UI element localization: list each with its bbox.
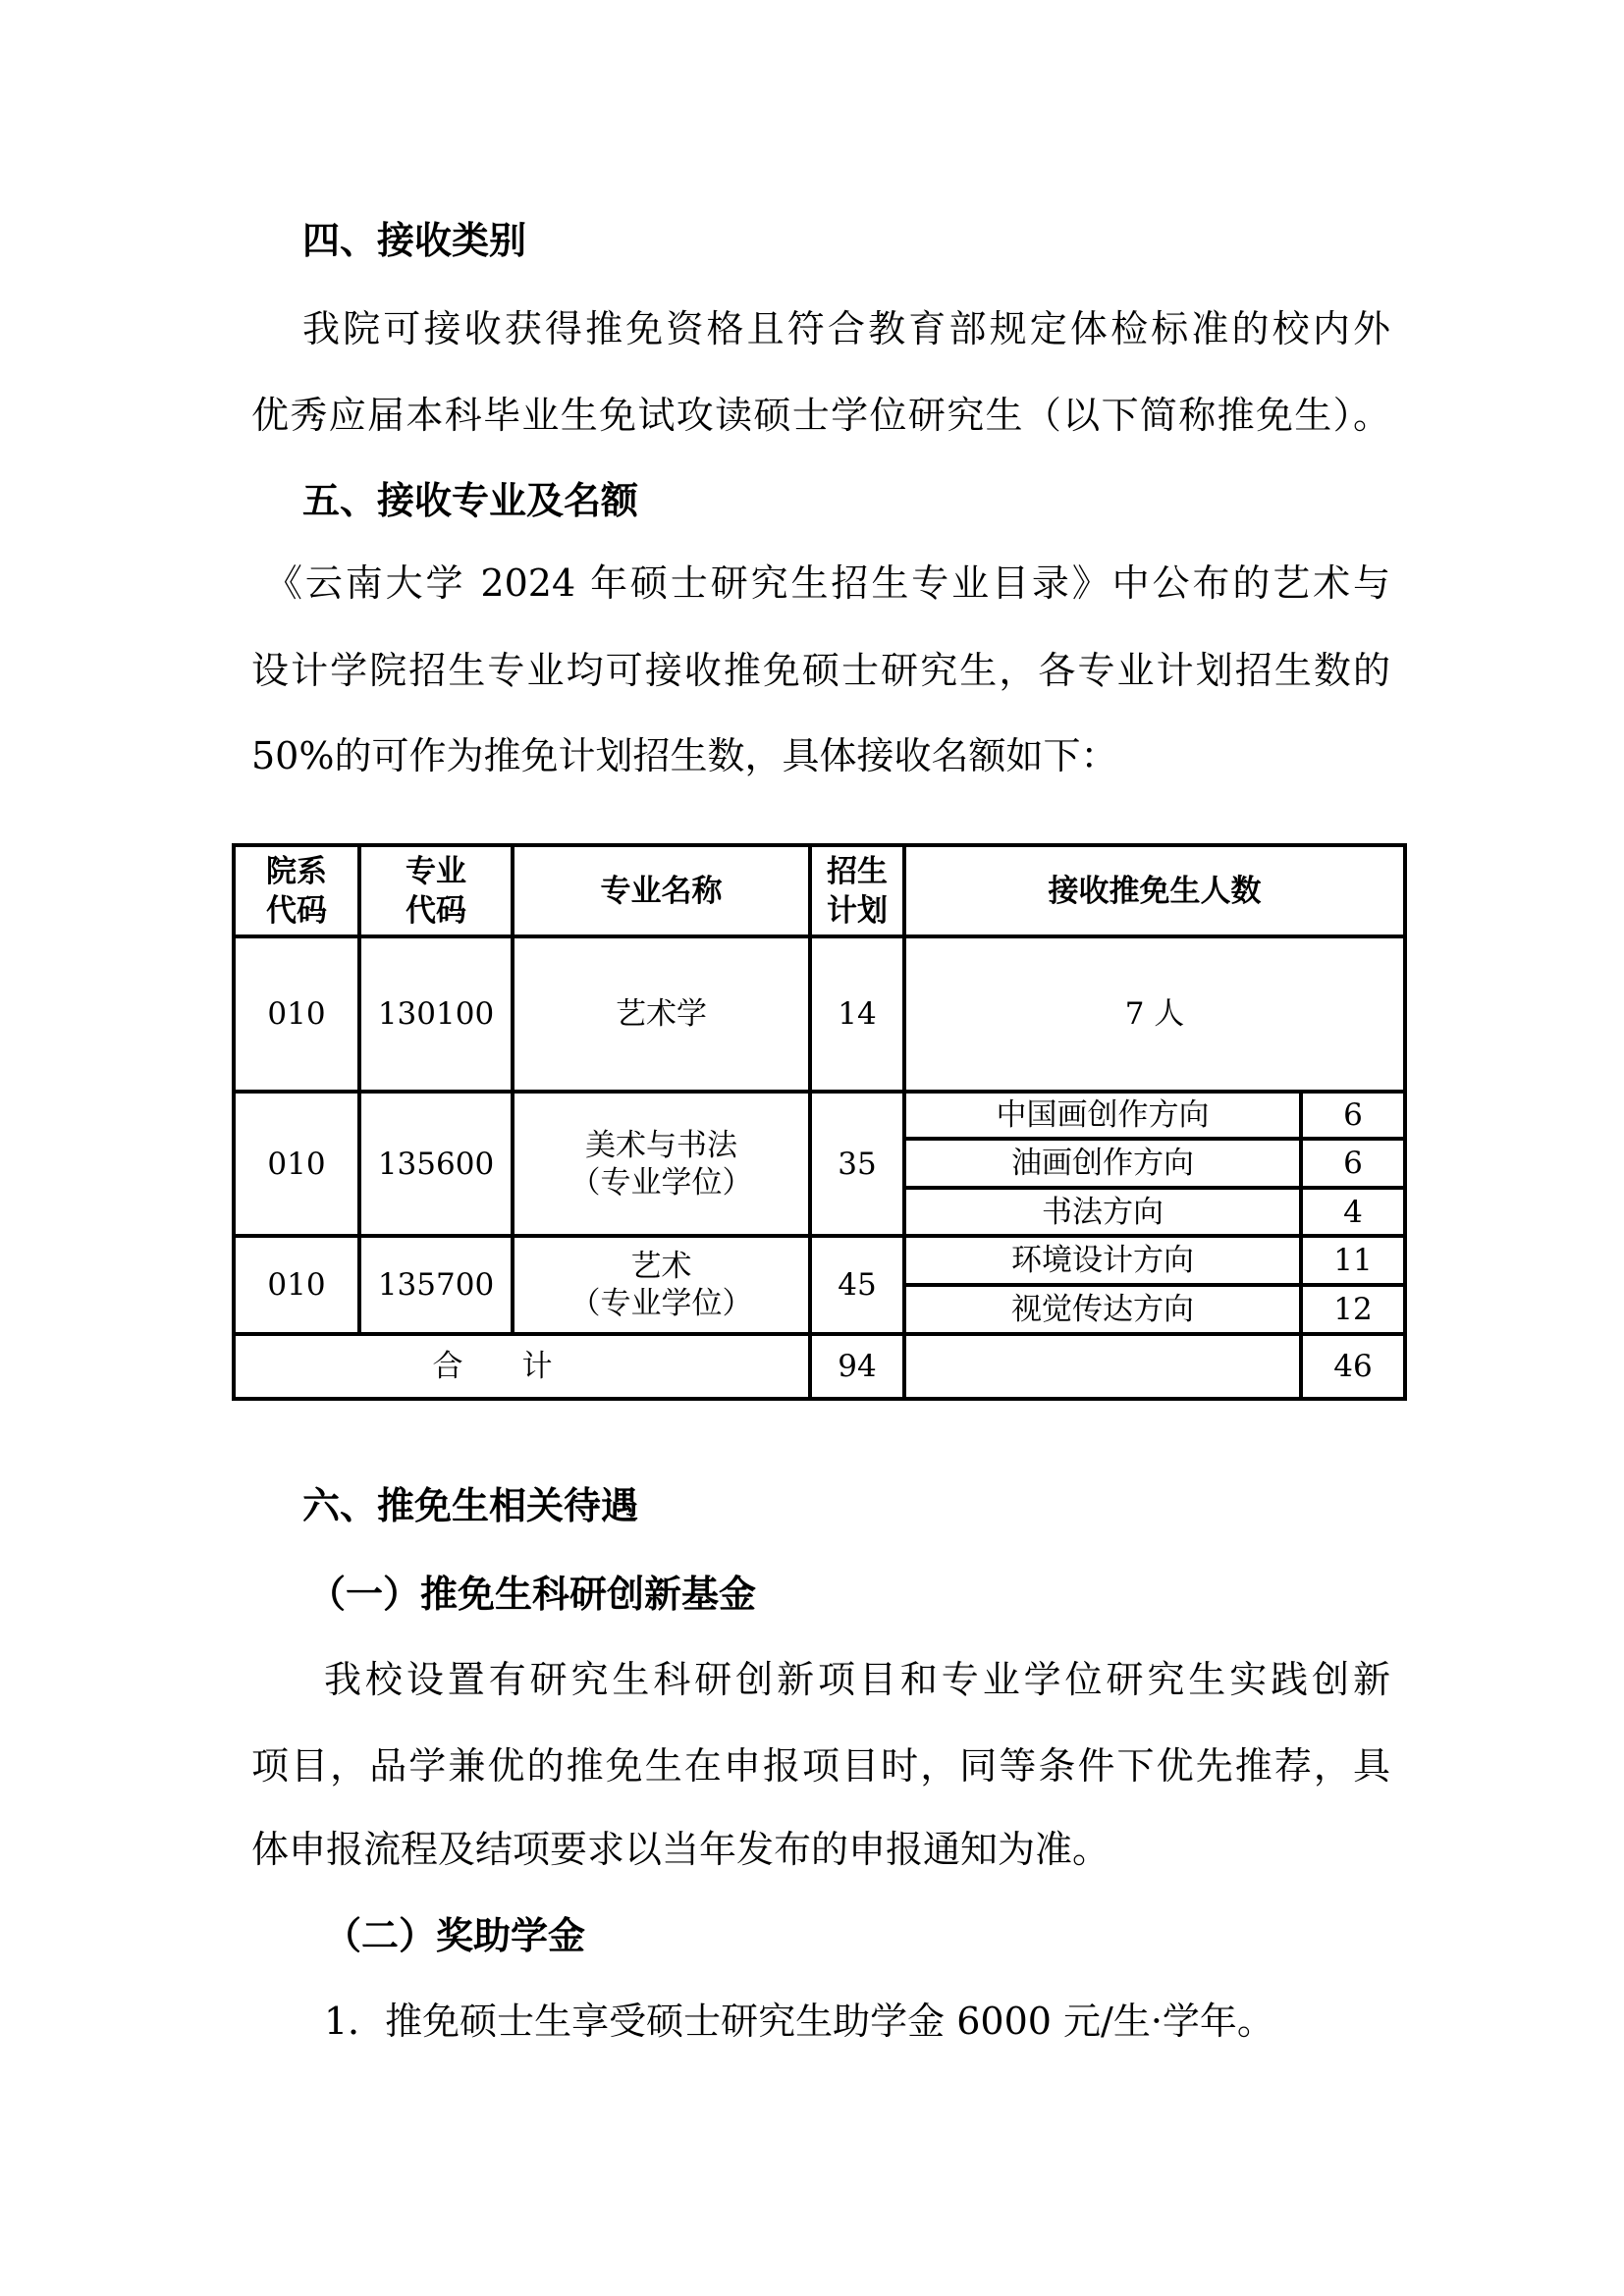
cell-direction: 环境设计方向 [904,1236,1301,1285]
table-header-row: 院系代码 专业代码 专业名称 招生计划 接收推免生人数 [234,845,1405,936]
cell-direction: 中国画创作方向 [904,1092,1301,1139]
cell-code: 135600 [359,1092,513,1236]
cell-name: 美术与书法（专业学位） [513,1092,810,1236]
cell-name: 艺术（专业学位） [513,1236,810,1334]
cell-total-label: 合计 [234,1334,810,1399]
cell-name: 艺术学 [513,936,810,1092]
table-row: 010 130100 艺术学 14 7 人 [234,936,1405,1092]
table-row: 010 135600 美术与书法（专业学位） 35 中国画创作方向 6 [234,1092,1405,1139]
paragraph-line: 项目，品学兼优的推免生在申报项目时，同等条件下优先推荐，具 [251,1742,1390,1789]
section-heading-5: 五、接收专业及名额 [302,477,638,524]
cell-count: 6 [1301,1139,1405,1188]
cell-code: 135700 [359,1236,513,1334]
cell-dept: 010 [234,1236,359,1334]
subsection-heading-2: （二）奖助学金 [324,1912,585,1959]
cell-direction: 油画创作方向 [904,1139,1301,1188]
header-quota: 接收推免生人数 [904,845,1405,936]
paragraph-line: 优秀应届本科毕业生免试攻读硕士学位研究生（以下简称推免生）。 [251,392,1390,439]
cell-dept: 010 [234,936,359,1092]
cell-dept: 010 [234,1092,359,1236]
cell-plan: 35 [810,1092,904,1236]
table-row: 010 135700 艺术（专业学位） 45 环境设计方向 11 [234,1236,1405,1285]
cell-total-quota: 46 [1301,1334,1405,1399]
header-major-code: 专业代码 [359,845,513,936]
quota-table: 院系代码 专业代码 专业名称 招生计划 接收推免生人数 010 130100 艺… [232,843,1407,1401]
subsection-heading-1: （一）推免生科研创新基金 [308,1571,756,1618]
header-major-name: 专业名称 [513,845,810,936]
header-plan: 招生计划 [810,845,904,936]
cell-code: 130100 [359,936,513,1092]
cell-total-plan: 94 [810,1334,904,1399]
paragraph-line: 设计学院招生专业均可接收推免硕士研究生，各专业计划招生数的 [251,647,1390,694]
cell-quota: 7 人 [904,936,1405,1092]
cell-plan: 45 [810,1236,904,1334]
section-heading-4: 四、接收类别 [302,217,526,264]
header-dept-code: 院系代码 [234,845,359,936]
cell-count: 6 [1301,1092,1405,1139]
cell-empty [904,1334,1301,1399]
cell-direction: 视觉传达方向 [904,1285,1301,1334]
paragraph-line: 体申报流程及结项要求以当年发布的申报通知为准。 [251,1826,1390,1873]
cell-count: 11 [1301,1236,1405,1285]
paragraph-line: 我院可接收获得推免资格且符合教育部规定体检标准的校内外 [302,305,1390,352]
section-heading-6: 六、推免生相关待遇 [302,1482,638,1529]
table-total-row: 合计 94 46 [234,1334,1405,1399]
paragraph-line: 50%的可作为推免计划招生数，具体接收名额如下： [251,732,1390,779]
paragraph-line: 我校设置有研究生科研创新项目和专业学位研究生实践创新 [324,1656,1390,1703]
list-item: 1．推免硕士生享受硕士研究生助学金 6000 元/生·学年。 [324,1998,1306,2045]
cell-count: 12 [1301,1285,1405,1334]
cell-plan: 14 [810,936,904,1092]
paragraph-line: 《云南大学 2024 年硕士研究生招生专业目录》中公布的艺术与 [265,560,1390,607]
cell-direction: 书法方向 [904,1188,1301,1236]
cell-count: 4 [1301,1188,1405,1236]
